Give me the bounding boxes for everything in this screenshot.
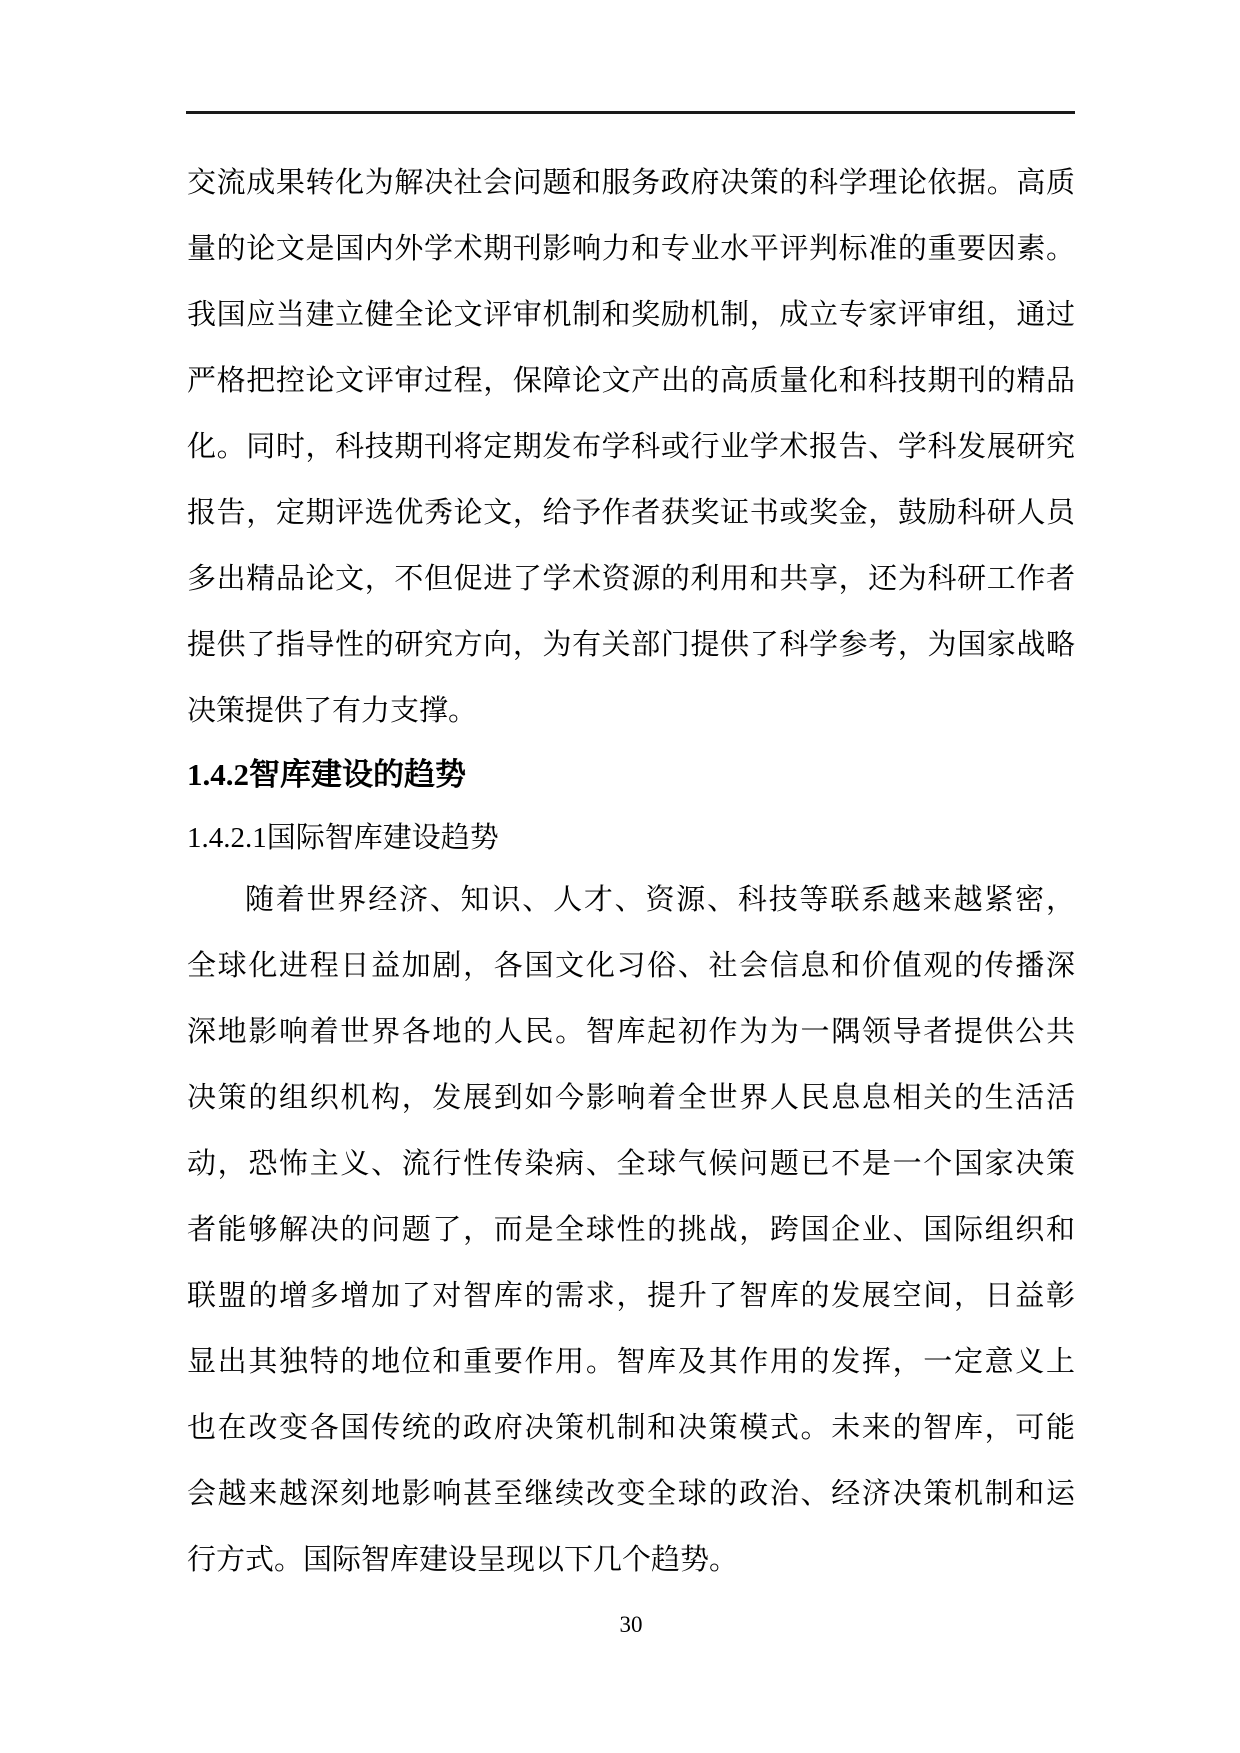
body-line: 提供了指导性的研究方向，为有关部门提供了科学参考，为国家战略 xyxy=(187,612,1075,678)
body-line: 深地影响着世界各地的人民。智库起初作为为一隅领导者提供公共 xyxy=(187,999,1075,1065)
body-line: 量的论文是国内外学术期刊影响力和专业水平评判标准的重要因素。 xyxy=(187,216,1075,282)
body-line: 动，恐怖主义、流行性传染病、全球气候问题已不是一个国家决策 xyxy=(187,1131,1075,1197)
body-line: 全球化进程日益加剧，各国文化习俗、社会信息和价值观的传播深 xyxy=(187,933,1075,999)
page-number: 30 xyxy=(187,1605,1075,1645)
body-line: 决策提供了有力支撑。 xyxy=(187,678,1075,744)
body-line: 联盟的增多增加了对智库的需求，提升了智库的发展空间，日益彰 xyxy=(187,1263,1075,1329)
body-line: 交流成果转化为解决社会问题和服务政府决策的科学理论依据。高质 xyxy=(187,150,1075,216)
body-line: 也在改变各国传统的政府决策机制和决策模式。未来的智库，可能 xyxy=(187,1395,1075,1461)
body-line: 报告，定期评选优秀论文，给予作者获奖证书或奖金，鼓励科研人员 xyxy=(187,480,1075,546)
body-line: 严格把控论文评审过程，保障论文产出的高质量化和科技期刊的精品 xyxy=(187,348,1075,414)
body-line: 者能够解决的问题了，而是全球性的挑战，跨国企业、国际组织和 xyxy=(187,1197,1075,1263)
body-line: 我国应当建立健全论文评审机制和奖励机制，成立专家评审组，通过 xyxy=(187,282,1075,348)
body-line: 化。同时，科技期刊将定期发布学科或行业学术报告、学科发展研究 xyxy=(187,414,1075,480)
body-line: 随着世界经济、知识、人才、资源、科技等联系越来越紧密， xyxy=(187,867,1075,933)
header-rule xyxy=(186,111,1075,114)
paragraph-1: 交流成果转化为解决社会问题和服务政府决策的科学理论依据。高质 量的论文是国内外学… xyxy=(187,150,1075,744)
subsection-heading: 1.4.2.1国际智库建设趋势 xyxy=(187,818,1075,858)
body-line: 行方式。国际智库建设呈现以下几个趋势。 xyxy=(187,1527,1075,1593)
body-line: 会越来越深刻地影响甚至继续改变全球的政治、经济决策机制和运 xyxy=(187,1461,1075,1527)
body-line: 多出精品论文，不但促进了学术资源的利用和共享，还为科研工作者 xyxy=(187,546,1075,612)
paragraph-2: 随着世界经济、知识、人才、资源、科技等联系越来越紧密， 全球化进程日益加剧，各国… xyxy=(187,867,1075,1593)
body-line: 决策的组织机构，发展到如今影响着全世界人民息息相关的生活活 xyxy=(187,1065,1075,1131)
section-heading: 1.4.2智库建设的趋势 xyxy=(187,755,1075,795)
body-line: 显出其独特的地位和重要作用。智库及其作用的发挥，一定意义上 xyxy=(187,1329,1075,1395)
document-page: 交流成果转化为解决社会问题和服务政府决策的科学理论依据。高质 量的论文是国内外学… xyxy=(0,0,1240,1753)
